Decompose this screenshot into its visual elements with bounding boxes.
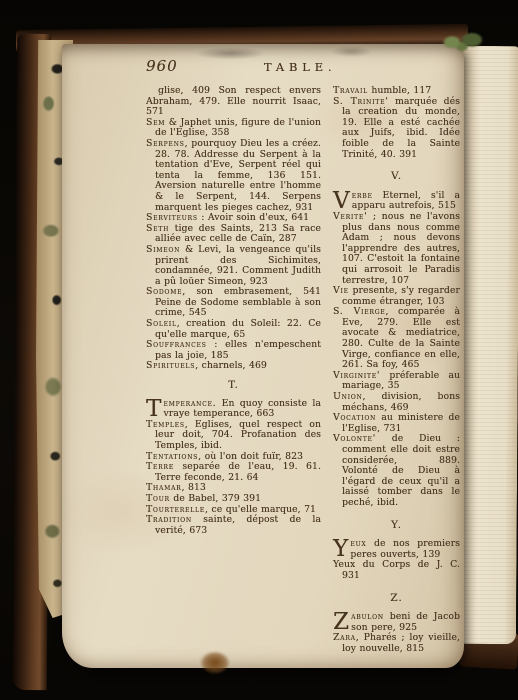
section-letter-t: T. [146,381,321,392]
entry-headword: Virginite' [333,370,380,381]
entry-headword: Thamar [146,482,182,493]
entry-headword: Union [333,391,363,402]
entry-headword: Volonte' [333,433,376,444]
entry-headword: Simeon [146,244,180,255]
index-entry: Seth tige des Saints, 213 Sa race alliée… [146,224,321,245]
entry-headword: emperance. [163,398,216,409]
index-entry: Zara, Pharés ; loy vieille, loy nouvelle… [333,633,460,654]
entry-headword: Spirituels [146,360,195,371]
entry-headword: Tentations [146,451,198,462]
index-entry: Verite' ; nous ne l'avons plus dans nous… [333,212,460,286]
entry-headword: S. Trinite' [333,96,389,107]
index-entry: Yeux de nos premiers peres ouverts, 139 [333,539,460,560]
index-entry: glise, 409 Son respect envers Abraham, 4… [146,86,321,118]
index-entry: Union, division, bons méchans, 469 [333,392,460,413]
index-entry: Virginite' préferable au mariage, 35 [333,371,460,392]
index-entry: Souffrances : elles n'empeschent pas la … [146,340,321,361]
entry-headword: Tour [146,493,170,504]
entry-headword: Serviteurs [146,212,198,223]
green-headband [434,29,490,53]
section-letter-z: Z. [333,593,460,604]
index-entry: Temples, Eglises, quel respect on leur d… [146,420,321,452]
entry-headword: Seth [146,223,169,234]
index-entry: Terre separée de l'eau, 19. 61. Terre fe… [146,462,321,483]
entry-headword: Souffrances [146,339,207,350]
page-header: 960 TABLE. [146,56,460,79]
index-entry: Sodome, son embrasement, 541 Peine de So… [146,287,321,319]
drop-cap-initial: V [333,191,352,210]
entry-headword: eux [350,538,366,549]
index-entry: Tradition sainte, dépost de la verité, 6… [146,515,321,536]
index-column-right: Travail humble, 117S. Trinite' marquée d… [333,86,460,655]
index-entry: S. Vierge, comparée à Eve, 279. Elle est… [333,307,460,371]
entry-headword: Soleil [146,318,177,329]
drop-cap-initial: Z [333,612,351,631]
index-entry: Serpens, pourquoy Dieu les a créez. 28. … [146,139,321,213]
entry-headword: Vocation [333,412,376,423]
index-entry: Vocation au ministere de l'Eglise, 731 [333,413,460,434]
section-letter-y: Y. [333,520,460,531]
index-entry: Verbe Eternel, s'il a apparu autrefois, … [333,191,460,212]
running-title: TABLE. [264,60,336,74]
index-columns: glise, 409 Son respect envers Abraham, 4… [146,86,460,655]
section-letter-v: V. [333,171,460,182]
entry-headword: Sem [146,117,165,128]
entry-headword: S. Vierge [333,306,386,317]
book-fore-edge-pages [456,46,518,644]
entry-headword: Temples [146,419,185,430]
entry-headword: Travail [333,85,368,96]
entry-headword: Tourterelle [146,504,205,515]
book-page: 960 TABLE. glise, 409 Son respect envers… [62,44,464,668]
entry-headword: abulon [351,611,384,622]
index-entry: S. Trinite' marquée dés la creation du m… [333,97,460,161]
index-entry: Yeux du Corps de J. C. 931 [333,560,460,581]
entry-headword: erbe [352,190,373,201]
entry-headword: Verite' [333,211,367,222]
index-entry: Sem & Japhet unis, figure de l'union de … [146,118,321,139]
entry-headword: Zara [333,632,356,643]
page-stain [196,648,234,678]
entry-headword: Terre [146,461,174,472]
index-entry: Zabulon beni de Jacob son pere, 925 [333,612,460,633]
printed-text-area: 960 TABLE. glise, 409 Son respect envers… [146,56,460,655]
index-column-left: glise, 409 Son respect envers Abraham, 4… [146,86,321,655]
entry-headword: Tradition [146,514,192,525]
index-entry: Volonte' de Dieu : comment elle doit est… [333,434,460,508]
drop-cap-initial: Y [333,539,350,558]
index-entry: Vie presente, s'y regarder comme étrange… [333,286,460,307]
index-entry: Temperance. En quoy consiste la vraye te… [146,399,321,420]
index-entry: Simeon & Levi, la vengeance qu'ils prire… [146,245,321,287]
index-entry: Spirituels, charnels, 469 [146,361,321,372]
book-photo: 960 TABLE. glise, 409 Son respect envers… [0,0,518,700]
entry-headword: Vie [333,285,349,296]
page-number: 960 [146,57,178,75]
drop-cap-initial: T [146,399,163,418]
entry-headword: Sodome [146,286,182,297]
entry-headword: Serpens [146,138,185,149]
index-entry: Soleil, creation du Soleil: 22. Ce qu'el… [146,319,321,340]
